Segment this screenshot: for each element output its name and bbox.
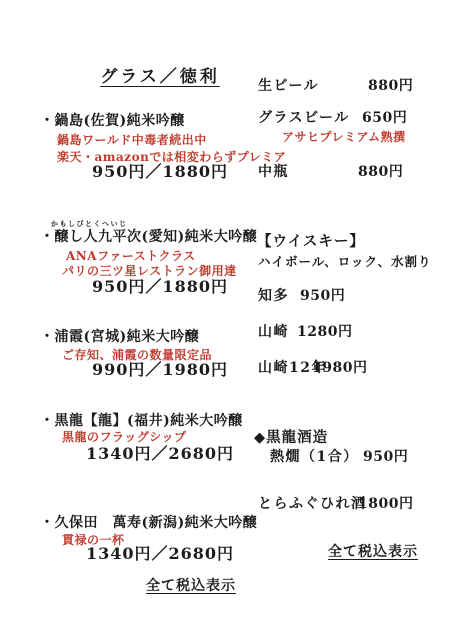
drink-row-price: 880円 <box>358 161 403 181</box>
drink-row-label: グラスビール <box>258 107 350 127</box>
drink-row-price: 880円 <box>368 75 413 95</box>
whiskey-item-price: 1280円 <box>297 321 352 341</box>
sake-item-price: 950円／1880円 <box>40 274 280 297</box>
sake-item-name: ・浦霞(宮城)純米大吟醸 <box>40 326 199 346</box>
whiskey-section-subtitle: ハイボール、ロック、水割り <box>258 252 432 270</box>
sake-item-name: ・醸し人九平次(愛知)純米大吟醸 <box>40 226 257 246</box>
sake-item-name: ・鍋島(佐賀)純米吟醸 <box>40 110 185 130</box>
left-tax-notice: 全て税込表示 <box>146 575 236 595</box>
whiskey-item-price: 950円 <box>300 285 345 305</box>
drink-row-label: 中瓶 <box>258 161 289 181</box>
hirezake-row-label: とらふぐひれ酒 <box>258 493 367 513</box>
drink-row-price: 650円 <box>362 107 407 127</box>
whiskey-item-price: 1980円 <box>312 357 367 377</box>
kokuryu-item-label: 熱燗（1合） <box>270 446 359 466</box>
whiskey-section-header: 【ウイスキー】 <box>257 230 365 251</box>
menu-page: { "colors": { "accent_red": "#c0392b", "… <box>0 0 453 640</box>
drink-row-note: アサヒプレミアム熟撰 <box>282 128 406 145</box>
sake-item-name: ・久保田 萬寿(新潟)純米大吟醸 <box>40 512 257 532</box>
sake-item-price: 990円／1980円 <box>40 357 280 380</box>
right-tax-notice: 全て税込表示 <box>328 541 418 561</box>
kokuryu-section-header: ◆黒龍酒造 <box>254 426 328 447</box>
sake-item-price: 950円／1880円 <box>40 159 280 182</box>
whiskey-item-label: 山崎 <box>258 321 289 341</box>
kokuryu-item-price: 950円 <box>363 446 408 466</box>
sake-item-price: 1340円／2680円 <box>40 441 280 464</box>
drink-row-label: 生ビール <box>258 75 319 95</box>
left-column-header: グラス／徳利 <box>40 62 280 87</box>
sake-item-price: 1340円／2680円 <box>40 541 280 564</box>
whiskey-item-label: 知多 <box>258 285 289 305</box>
sake-item-note: 鍋島ワールド中毒者続出中 <box>57 131 207 148</box>
sake-item-name: ・黒龍【龍】(福井)純米大吟醸 <box>40 410 243 430</box>
hirezake-row-price: 1800円 <box>358 493 413 513</box>
